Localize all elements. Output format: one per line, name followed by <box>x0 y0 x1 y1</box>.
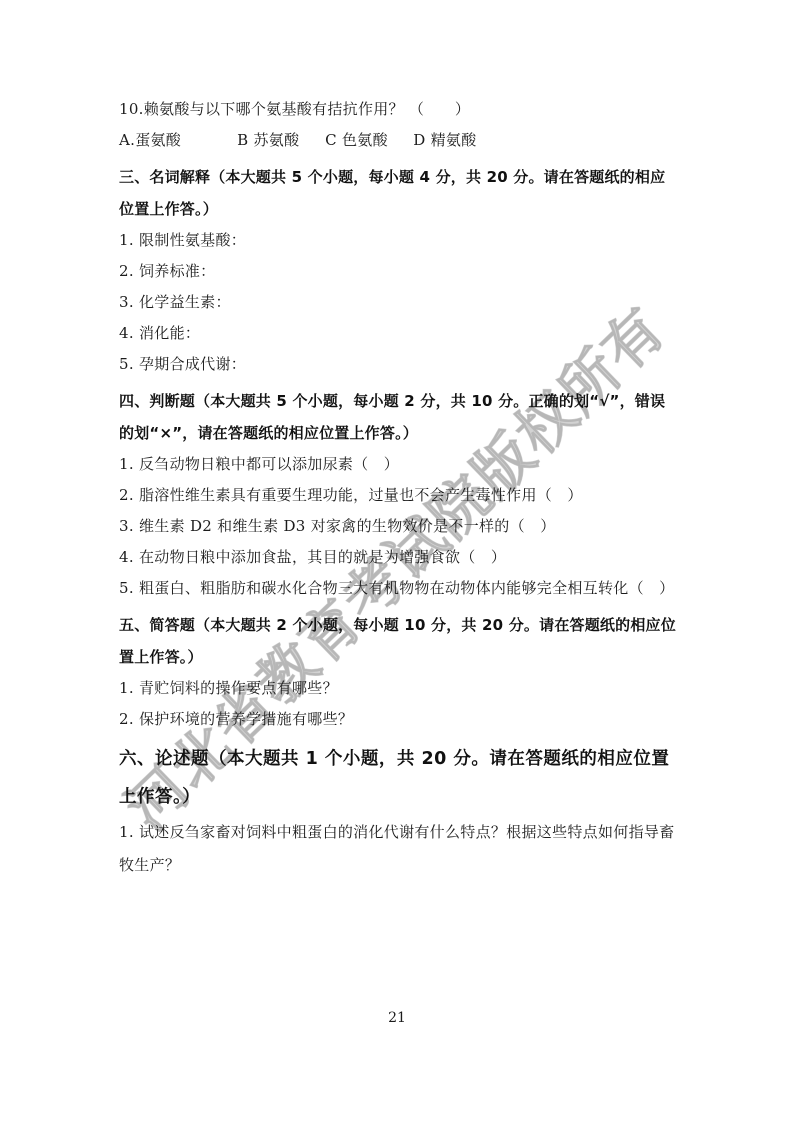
page-number: 21 <box>0 1010 794 1026</box>
section-3-item-3: 3. 化学益生素： <box>119 287 680 318</box>
question-10-options: A.蛋氨酸 B 苏氨酸 C 色氨酸 D 精氨酸 <box>119 125 680 156</box>
section-4-item-4: 4. 在动物日粮中添加食盐，其目的就是为增强食欲（ ） <box>119 542 680 573</box>
section-3-heading: 三、名词解释（本大题共 5 个小题，每小题 4 分，共 20 分。请在答题纸的相… <box>119 161 680 225</box>
section-5-item-2: 2. 保护环境的营养学措施有哪些？ <box>119 704 680 735</box>
section-6-item-1: 1. 试述反刍家畜对饲料中粗蛋白的消化代谢有什么特点？根据这些特点如何指导畜牧生… <box>119 816 680 882</box>
option-c: C 色氨酸 <box>325 125 408 156</box>
section-4-item-1: 1. 反刍动物日粮中都可以添加尿素（ ） <box>119 449 680 480</box>
section-4-item-2: 2. 脂溶性维生素具有重要生理功能，过量也不会产生毒性作用（ ） <box>119 480 680 511</box>
section-4-item-5: 5. 粗蛋白、粗脂肪和碳水化合物三大有机物物在动物体内能够完全相互转化（ ） <box>119 573 680 604</box>
section-4-heading: 四、判断题（本大题共 5 个小题，每小题 2 分，共 10 分。正确的划“√”，… <box>119 385 680 449</box>
exam-page: 河北省教育考试院版权所有 10.赖氨酸与以下哪个氨基酸有拮抗作用？ （ ） A.… <box>0 0 794 1123</box>
section-3-item-2: 2. 饲养标准： <box>119 256 680 287</box>
question-10-stem: 10.赖氨酸与以下哪个氨基酸有拮抗作用？ （ ） <box>119 94 680 125</box>
option-b: B 苏氨酸 <box>237 125 320 156</box>
option-d: D 精氨酸 <box>413 125 476 156</box>
section-3-item-4: 4. 消化能： <box>119 318 680 349</box>
section-5-item-1: 1. 青贮饲料的操作要点有哪些？ <box>119 673 680 704</box>
option-a: A.蛋氨酸 <box>119 125 232 156</box>
section-3-item-5: 5. 孕期合成代谢： <box>119 349 680 380</box>
exam-content: 10.赖氨酸与以下哪个氨基酸有拮抗作用？ （ ） A.蛋氨酸 B 苏氨酸 C 色… <box>119 94 680 882</box>
section-3-item-1: 1. 限制性氨基酸： <box>119 225 680 256</box>
section-4-item-3: 3. 维生素 D2 和维生素 D3 对家禽的生物效价是不一样的（ ） <box>119 511 680 542</box>
section-5-heading: 五、简答题（本大题共 2 个小题，每小题 10 分，共 20 分。请在答题纸的相… <box>119 609 680 673</box>
section-6-heading: 六、论述题（本大题共 1 个小题，共 20 分。请在答题纸的相应位置上作答。） <box>119 740 680 816</box>
